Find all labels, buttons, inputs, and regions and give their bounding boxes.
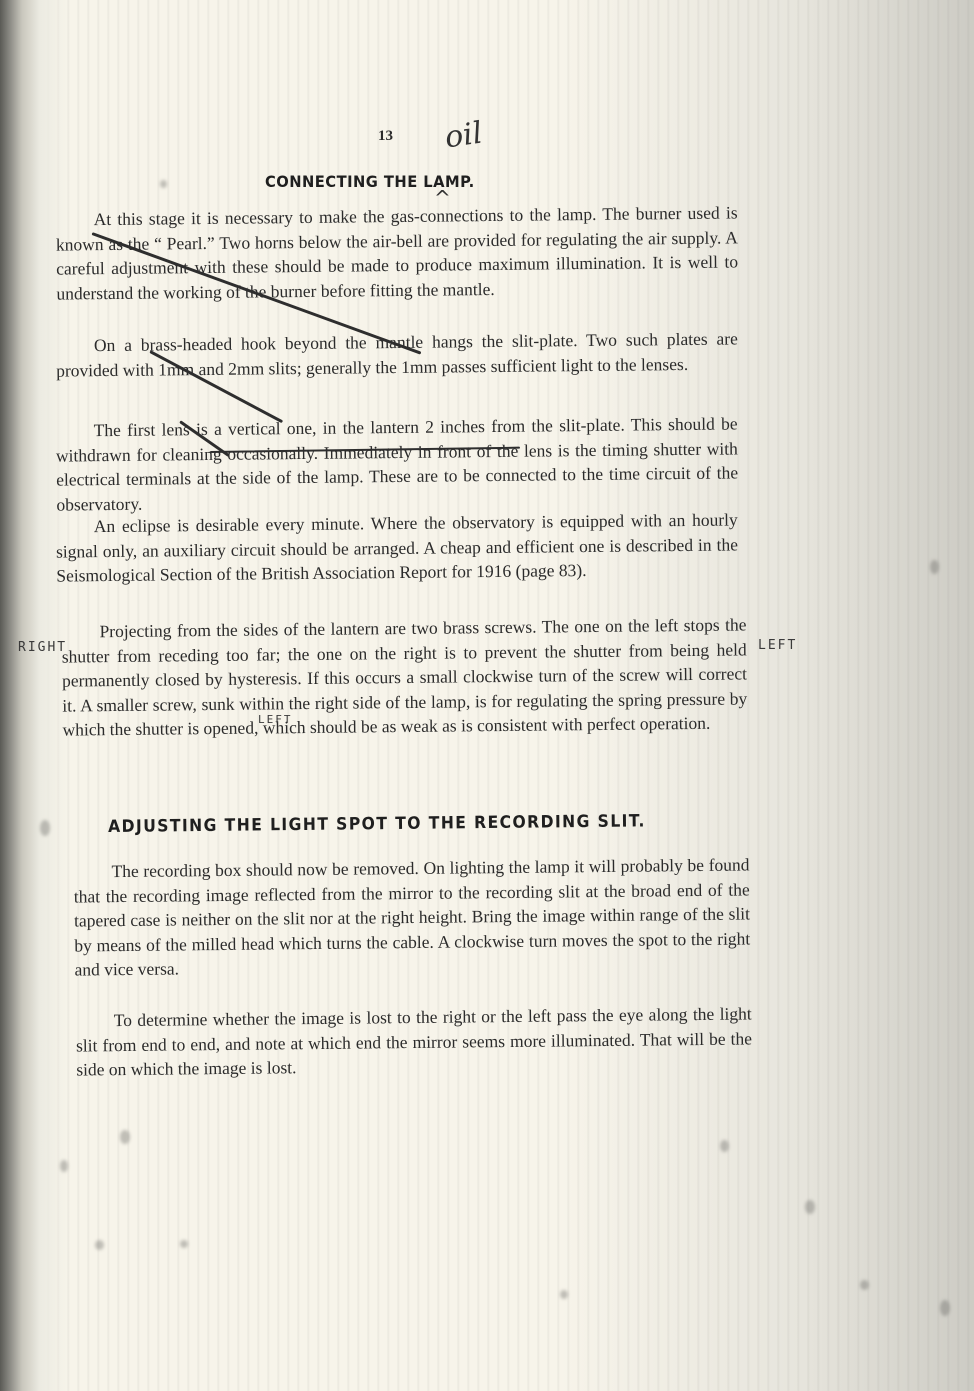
paragraph: At this stage it is necessary to make th…: [56, 200, 739, 305]
scan-speck: [930, 560, 939, 574]
scan-speck: [940, 1300, 950, 1316]
document-page: 13 oil ^ CONNECTING THE LAMP. At this st…: [0, 0, 974, 1391]
scan-speck: [60, 1160, 68, 1172]
scan-speck: [95, 1240, 104, 1250]
paragraph: Projecting from the sides of the lantern…: [61, 612, 747, 742]
scan-speck: [40, 820, 50, 836]
paragraph: To determine whether the image is lost t…: [76, 1001, 753, 1082]
scan-speck: [120, 1130, 130, 1144]
scan-speck: [720, 1140, 729, 1152]
section-heading-adjusting-light-spot: ADJUSTING THE LIGHT SPOT TO THE RECORDIN…: [108, 811, 646, 837]
scan-speck: [160, 180, 167, 188]
margin-annotation-right: LEFT: [758, 638, 797, 653]
margin-annotation-left: RIGHT: [18, 640, 67, 655]
paragraph: An eclipse is desirable every minute. Wh…: [56, 507, 739, 588]
scan-speck: [180, 1240, 188, 1248]
scan-speck: [805, 1200, 815, 1214]
scan-speck: [560, 1290, 568, 1299]
paragraph: The first lens is a vertical one, in the…: [56, 411, 739, 516]
inline-correction: LEFT: [258, 713, 293, 726]
scan-speck: [860, 1280, 869, 1290]
section-heading-connecting-lamp: CONNECTING THE LAMP.: [265, 172, 475, 191]
paragraph: The recording box should now be removed.…: [73, 852, 750, 982]
page-number: 13: [378, 128, 393, 145]
handwritten-insert: oil: [443, 116, 485, 156]
